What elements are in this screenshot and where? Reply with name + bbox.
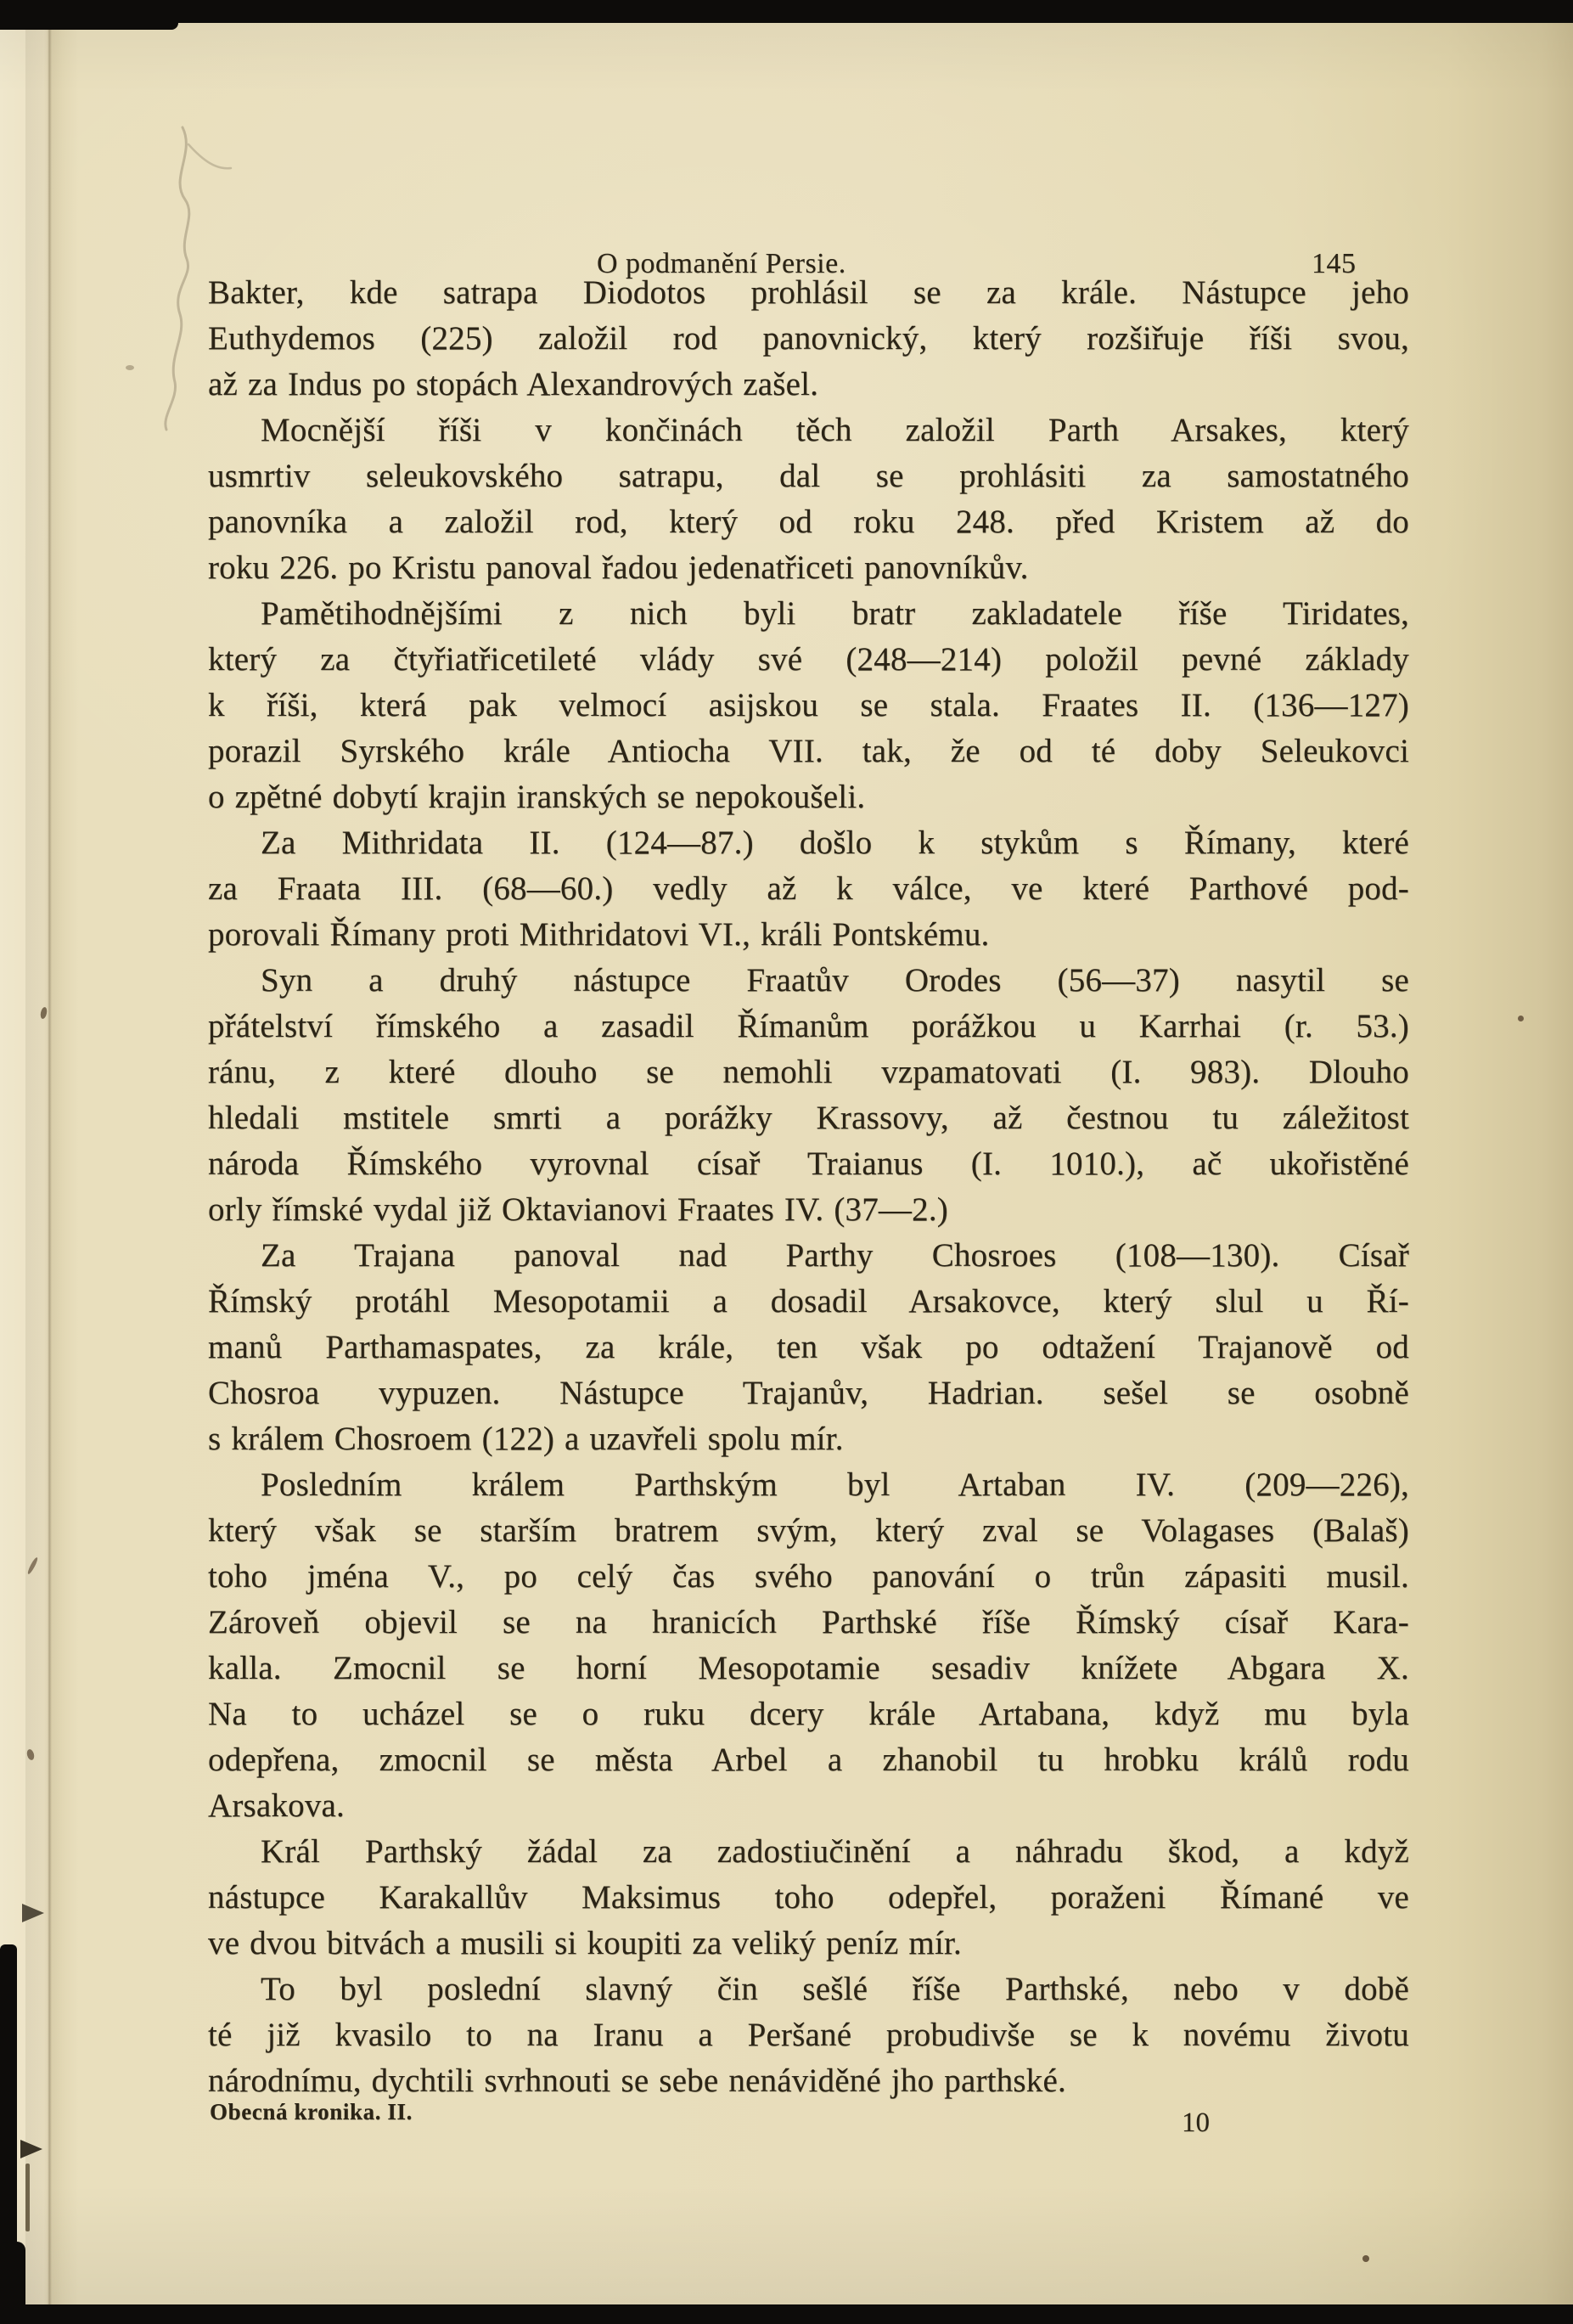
scan-edge-bottom — [0, 2304, 1573, 2324]
text-line: usmrtiv seleukovského satrapu, dal se pr… — [208, 453, 1409, 499]
text-line: ránu, z které dlouho se nemohli vzpamato… — [208, 1049, 1409, 1095]
scan-edge-left-corner — [0, 2242, 25, 2324]
footer-signature-number: 10 — [1182, 2107, 1210, 2139]
scanned-book-page: O podmanění Persie. 145 Bakter, kde satr… — [0, 0, 1573, 2324]
scan-edge-top-left — [0, 0, 178, 30]
text-line: Bakter, kde satrapa Diodotos prohlásil s… — [208, 270, 1409, 316]
text-line: Římský protáhl Mesopotamii a dosadil Ars… — [208, 1279, 1409, 1325]
text-line: přátelství římského a zasadil Římanům po… — [208, 1004, 1409, 1049]
text-line: který však se starším bratrem svým, kter… — [208, 1508, 1409, 1554]
text-line: nástupce Karakallův Maksimus toho odepře… — [208, 1875, 1409, 1921]
paragraph: To byl poslední slavný čin sešlé říše Pa… — [208, 1967, 1409, 2104]
paragraph: Posledním králem Parthským byl Artaban I… — [208, 1462, 1409, 1829]
text-line: za Fraata III. (68—60.) vedly až k válce… — [208, 866, 1409, 912]
text-line: národnímu, dychtili svrhnouti se sebe ne… — [208, 2058, 1409, 2104]
scan-edge-top — [0, 0, 1573, 23]
paragraph: Za Trajana panoval nad Parthy Chosroes (… — [208, 1233, 1409, 1462]
text-line: roku 226. po Kristu panoval řadou jedena… — [208, 545, 1409, 591]
text-line: orly římské vydal již Oktavianovi Fraate… — [208, 1187, 1409, 1233]
text-line: porazil Syrského krále Antiocha VII. tak… — [208, 729, 1409, 774]
text-line: To byl poslední slavný čin sešlé říše Pa… — [208, 1967, 1409, 2012]
margin-arrow-tail — [25, 2164, 30, 2231]
text-line: Za Trajana panoval nad Parthy Chosroes (… — [208, 1233, 1409, 1279]
text-line: Euthydemos (225) založil rod panovnický,… — [208, 316, 1409, 362]
text-line: hledali mstitele smrti a porážky Krassov… — [208, 1095, 1409, 1141]
page-crease-line — [48, 23, 52, 2307]
text-line: toho jména V., po celý čas svého panován… — [208, 1554, 1409, 1600]
paragraph: Pamětihodnějšími z nich byli bratr zakla… — [208, 591, 1409, 820]
margin-arrow-mark — [22, 1904, 44, 1922]
text-line: porovali Římany proti Mithridatovi VI., … — [208, 912, 1409, 958]
text-line: Posledním králem Parthským byl Artaban I… — [208, 1462, 1409, 1508]
text-line: ve dvou bitvách a musili si koupiti za v… — [208, 1921, 1409, 1967]
text-line: až za Indus po stopách Alexandrových zaš… — [208, 362, 1409, 408]
margin-arrow-mark — [20, 2140, 42, 2158]
paragraph: Syn a druhý nástupce Fraatův Orodes (56—… — [208, 958, 1409, 1233]
text-line: odepřena, zmocnil se města Arbel a zhano… — [208, 1737, 1409, 1783]
text-block: Bakter, kde satrapa Diodotos prohlásil s… — [208, 270, 1409, 2104]
text-line: panovníka a založil rod, který od roku 2… — [208, 499, 1409, 545]
text-line: k říši, která pak velmocí asijskou se st… — [208, 683, 1409, 729]
text-line: Chosroa vypuzen. Nástupce Trajanův, Hadr… — [208, 1370, 1409, 1416]
footer-book-title: Obecná kronika. II. — [210, 2099, 413, 2125]
text-line: který za čtyřiatřicetileté vlády své (24… — [208, 637, 1409, 683]
text-line: Král Parthský žádal za zadostiučinění a … — [208, 1829, 1409, 1875]
text-line: kalla. Zmocnil se horní Mesopotamie sesa… — [208, 1646, 1409, 1691]
text-line: s králem Chosroem (122) a uzavřeli spolu… — [208, 1416, 1409, 1462]
text-line: té již kvasilo to na Iranu a Peršané pro… — [208, 2012, 1409, 2058]
text-line: Za Mithridata II. (124—87.) došlo k styk… — [208, 820, 1409, 866]
text-line: Arsakova. — [208, 1783, 1409, 1829]
paragraph: Mocnější říši v končinách těch založil P… — [208, 408, 1409, 591]
text-line: manů Parthamaspates, za krále, ten však … — [208, 1325, 1409, 1370]
margin-speck — [1362, 2255, 1369, 2262]
margin-speck — [126, 365, 134, 370]
text-line: Mocnější říši v končinách těch založil P… — [208, 408, 1409, 453]
text-line: národa Římského vyrovnal císař Traianus … — [208, 1141, 1409, 1187]
margin-speck — [1518, 1016, 1524, 1021]
paragraph: Za Mithridata II. (124—87.) došlo k styk… — [208, 820, 1409, 958]
text-line: Syn a druhý nástupce Fraatův Orodes (56—… — [208, 958, 1409, 1004]
text-line: o zpětné dobytí krajin iranských se nepo… — [208, 774, 1409, 820]
paragraph: Král Parthský žádal za zadostiučinění a … — [208, 1829, 1409, 1967]
text-line: Pamětihodnějšími z nich byli bratr zakla… — [208, 591, 1409, 637]
paragraph: Bakter, kde satrapa Diodotos prohlásil s… — [208, 270, 1409, 408]
text-line: Zároveň objevil se na hranicích Parthské… — [208, 1600, 1409, 1646]
text-line: Na to ucházel se o ruku dcery krále Arta… — [208, 1691, 1409, 1737]
